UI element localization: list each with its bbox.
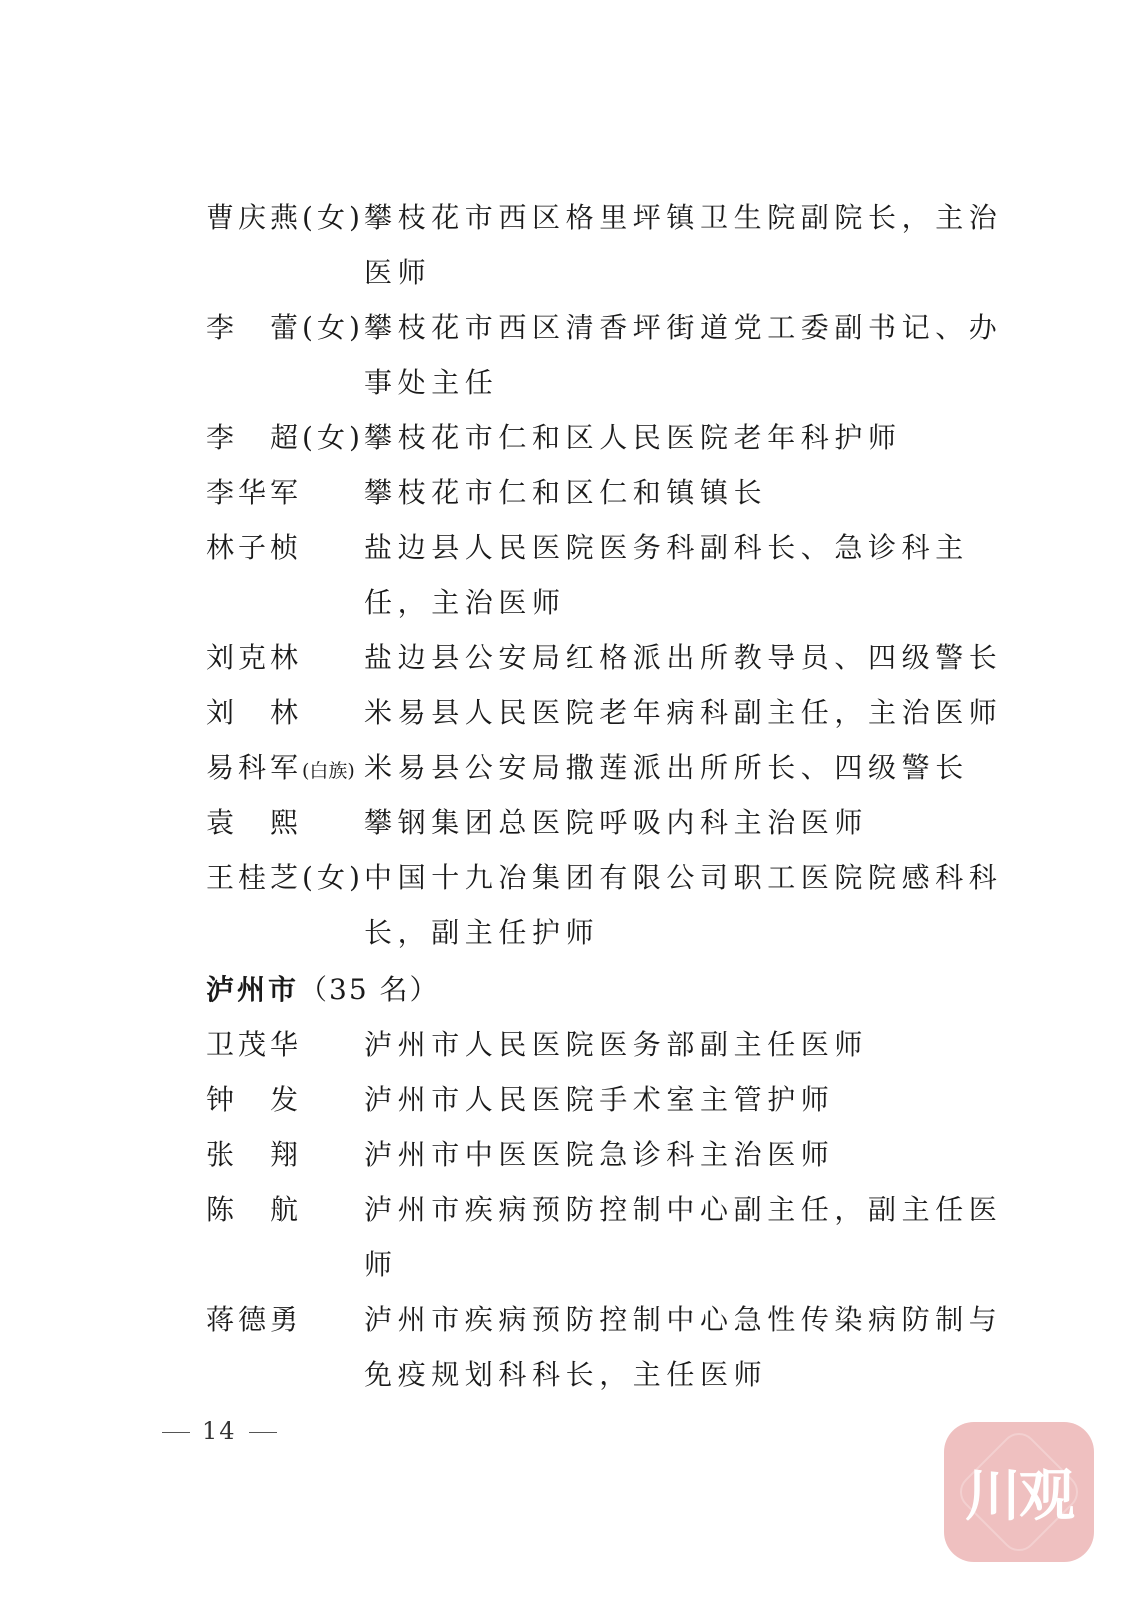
entry-line: 卫茂华泸州市人民医院医务部副主任医师 [206,1017,966,1072]
awardee-name: 袁 熙 [206,795,302,850]
awardee-name: 刘 林 [206,685,302,740]
entry-line: 刘克林盐边县公安局红格派出所教导员、四级警长 [206,630,966,685]
page-footer: 14 [150,1417,289,1445]
document-page: 曹庆燕(女)攀枝花市西区格里坪镇卫生院副院长，主治医师李 蕾(女)攀枝花市西区清… [0,0,1124,1600]
name-text: 王桂芝 [206,861,302,894]
awardee-name: 李 蕾(女) [206,300,364,355]
awardee-position: 攀枝花市仁和区仁和镇镇长 [364,465,767,520]
name-text: 钟 发 [206,1083,302,1116]
awardee-position: 事处主任 [364,355,498,410]
awardee-entry: 钟 发泸州市人民医院手术室主管护师 [206,1072,966,1127]
entry-line: 李 蕾(女)攀枝花市西区清香坪街道党工委副书记、办 [206,300,966,355]
footer-dash-left [162,1432,190,1433]
entry-line: 李 超(女)攀枝花市仁和区人民医院老年科护师 [206,410,966,465]
awardee-position: 免疫规划科科长，主任医师 [364,1347,767,1402]
awardee-entry: 李华军攀枝花市仁和区仁和镇镇长 [206,465,966,520]
name-annotation: (女) [302,201,364,234]
awardee-entry: 张 翔泸州市中医医院急诊科主治医师 [206,1127,966,1182]
awardee-position: 攀枝花市仁和区人民医院老年科护师 [364,410,902,465]
name-text: 易科军 [206,751,302,784]
awardee-entry: 卫茂华泸州市人民医院医务部副主任医师 [206,1017,966,1072]
awardee-position: 攀枝花市西区清香坪街道党工委副书记、办 [364,300,1002,355]
name-text: 李 超 [206,421,302,454]
name-annotation: (白族) [302,760,355,782]
name-annotation: (女) [302,861,364,894]
name-text: 张 翔 [206,1138,302,1171]
awardee-position: 泸州市疾病预防控制中心副主任，副主任医 [364,1182,1002,1237]
awardee-name: 李华军 [206,465,302,520]
awardee-position: 米易县公安局撒莲派出所所长、四级警长 [364,740,969,795]
entry-line: 李华军攀枝花市仁和区仁和镇镇长 [206,465,966,520]
awardee-name: 张 翔 [206,1127,302,1182]
awardee-name: 蒋德勇 [206,1292,302,1347]
section-heading-luzhou: 泸州市（35 名） [206,962,440,1017]
awardee-name: 李 超(女) [206,410,364,465]
awardee-entry: 陈 航泸州市疾病预防控制中心副主任，副主任医师 [206,1182,966,1292]
section-count: （35 名） [299,973,440,1006]
section-city: 泸州市 [206,973,299,1006]
name-text: 袁 熙 [206,806,302,839]
awardee-position: 中国十九冶集团有限公司职工医院院感科科 [364,850,1002,905]
name-text: 曹庆燕 [206,201,302,234]
awardee-name: 刘克林 [206,630,302,685]
entry-line: 刘 林米易县人民医院老年病科副主任，主治医师 [206,685,966,740]
name-text: 刘克林 [206,641,302,674]
awardee-position: 任，主治医师 [364,575,566,630]
page-number: 14 [202,1417,237,1445]
awardee-name: 陈 航 [206,1182,302,1237]
entry-line: 曹庆燕(女)攀枝花市西区格里坪镇卫生院副院长，主治 [206,190,966,245]
entry-line: 陈 航泸州市疾病预防控制中心副主任，副主任医 [206,1182,966,1237]
name-text: 卫茂华 [206,1028,302,1061]
awardee-entry: 刘 林米易县人民医院老年病科副主任，主治医师 [206,685,966,740]
awardee-position: 泸州市人民医院医务部副主任医师 [364,1017,868,1072]
chuanguan-watermark-logo: 川观 [944,1422,1094,1562]
awardee-entry: 易科军(白族)米易县公安局撒莲派出所所长、四级警长 [206,740,966,795]
awardee-position: 盐边县人民医院医务科副科长、急诊科主 [364,520,969,575]
awardee-name: 钟 发 [206,1072,302,1127]
awardee-position: 泸州市疾病预防控制中心急性传染病防制与 [364,1292,1002,1347]
awardee-name: 易科军(白族) [206,740,355,799]
entry-line: 袁 熙攀钢集团总医院呼吸内科主治医师 [206,795,966,850]
entry-line: 长，副主任护师 [206,905,966,960]
awardee-name: 王桂芝(女) [206,850,364,905]
awardee-entry: 蒋德勇泸州市疾病预防控制中心急性传染病防制与免疫规划科科长，主任医师 [206,1292,966,1402]
entry-line: 钟 发泸州市人民医院手术室主管护师 [206,1072,966,1127]
awardee-name: 卫茂华 [206,1017,302,1072]
entry-line: 任，主治医师 [206,575,966,630]
awardee-entry: 曹庆燕(女)攀枝花市西区格里坪镇卫生院副院长，主治医师 [206,190,966,300]
entry-line: 免疫规划科科长，主任医师 [206,1347,966,1402]
name-annotation: (女) [302,421,364,454]
awardee-position: 攀钢集团总医院呼吸内科主治医师 [364,795,868,850]
awardee-position: 泸州市中医医院急诊科主治医师 [364,1127,834,1182]
entry-line: 事处主任 [206,355,966,410]
entry-line: 易科军(白族)米易县公安局撒莲派出所所长、四级警长 [206,740,966,795]
name-text: 陈 航 [206,1193,302,1226]
name-text: 林子桢 [206,531,302,564]
awardee-position: 泸州市人民医院手术室主管护师 [364,1072,834,1127]
awardee-position: 米易县人民医院老年病科副主任，主治医师 [364,685,1002,740]
awardee-entry: 李 蕾(女)攀枝花市西区清香坪街道党工委副书记、办事处主任 [206,300,966,410]
awardee-entry: 刘克林盐边县公安局红格派出所教导员、四级警长 [206,630,966,685]
name-text: 蒋德勇 [206,1303,302,1336]
awardee-position: 盐边县公安局红格派出所教导员、四级警长 [364,630,1002,685]
name-text: 刘 林 [206,696,302,729]
awardee-entry: 林子桢盐边县人民医院医务科副科长、急诊科主任，主治医师 [206,520,966,630]
awardee-position: 师 [364,1237,398,1292]
watermark-text: 川观 [965,1452,1073,1532]
awardee-entry: 袁 熙攀钢集团总医院呼吸内科主治医师 [206,795,966,850]
awardee-position: 攀枝花市西区格里坪镇卫生院副院长，主治 [364,190,1002,245]
entry-line: 医师 [206,245,966,300]
awardee-position: 长，副主任护师 [364,905,599,960]
footer-dash-right [249,1432,277,1433]
entry-line: 王桂芝(女)中国十九冶集团有限公司职工医院院感科科 [206,850,966,905]
name-text: 李华军 [206,476,302,509]
entry-line: 张 翔泸州市中医医院急诊科主治医师 [206,1127,966,1182]
awardee-position: 医师 [364,245,431,300]
entry-line: 林子桢盐边县人民医院医务科副科长、急诊科主 [206,520,966,575]
awardee-entry: 李 超(女)攀枝花市仁和区人民医院老年科护师 [206,410,966,465]
awardee-name: 曹庆燕(女) [206,190,364,245]
awardee-name: 林子桢 [206,520,302,575]
name-annotation: (女) [302,311,364,344]
name-text: 李 蕾 [206,311,302,344]
entry-line: 师 [206,1237,966,1292]
entry-line: 蒋德勇泸州市疾病预防控制中心急性传染病防制与 [206,1292,966,1347]
awardee-entry: 王桂芝(女)中国十九冶集团有限公司职工医院院感科科长，副主任护师 [206,850,966,960]
